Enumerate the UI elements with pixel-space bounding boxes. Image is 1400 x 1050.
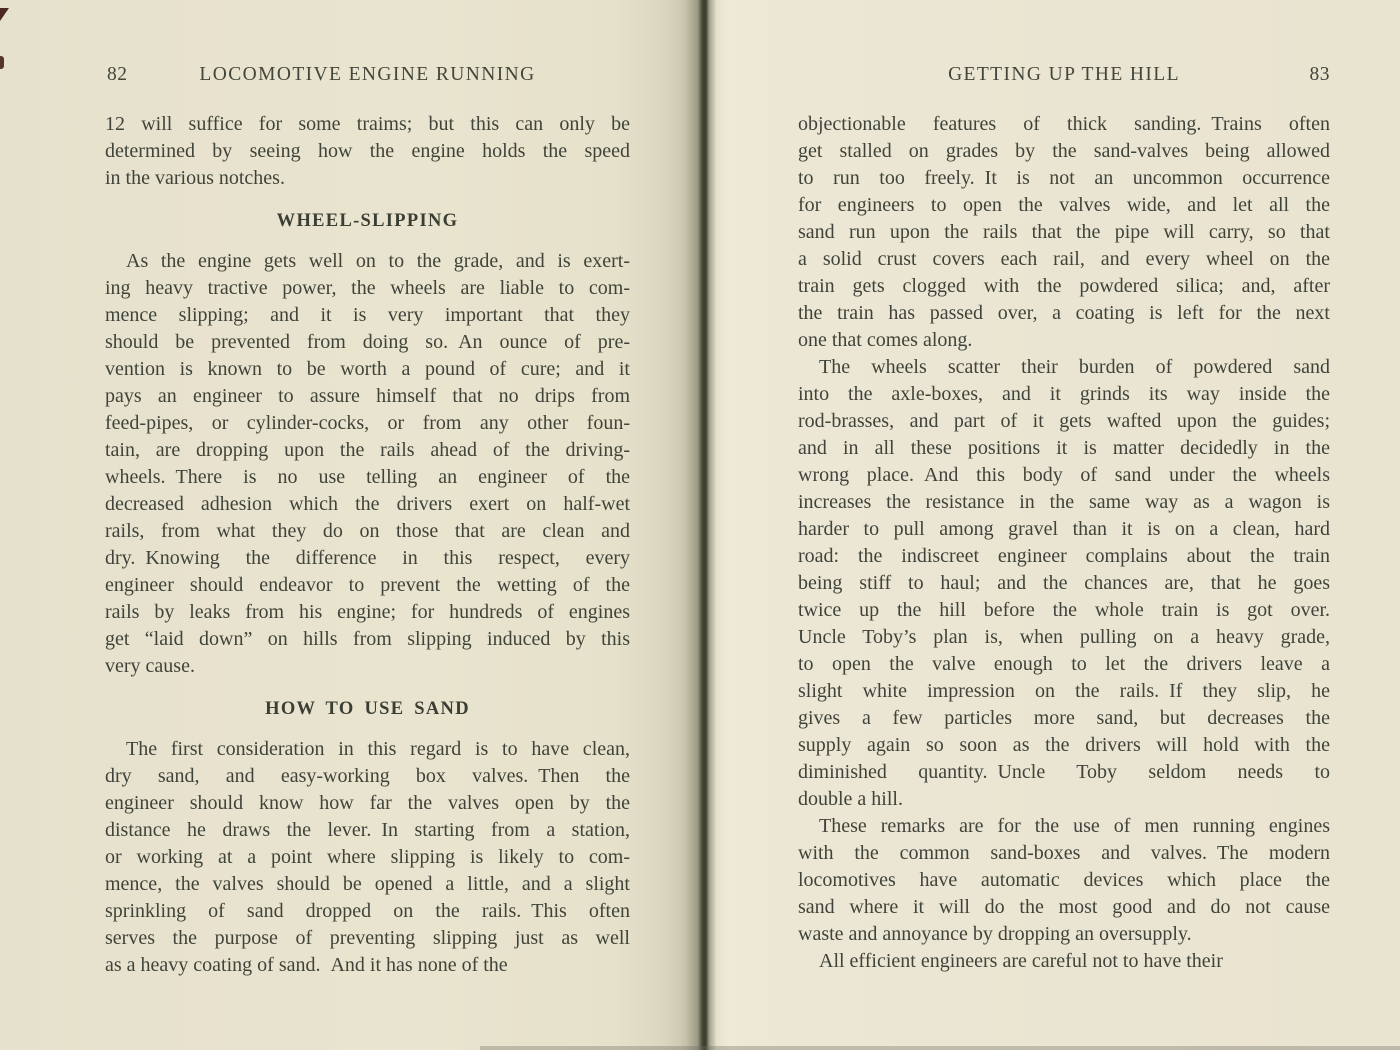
- text-line: to open the valve enough to let the driv…: [798, 651, 1330, 678]
- text-line: train gets clogged with the powdered sil…: [798, 273, 1330, 300]
- text-line: double a hill.: [798, 786, 1330, 813]
- scan-edge-mark: [0, 56, 4, 69]
- text-line: in the various notches.: [105, 165, 630, 192]
- text-line: locomotives have automatic devices which…: [798, 867, 1330, 894]
- page-left-inner: 82 LOCOMOTIVE ENGINE RUNNING 12 will suf…: [105, 64, 630, 979]
- text-line: very cause.: [105, 653, 630, 680]
- section-heading: WHEEL-SLIPPING: [105, 208, 630, 235]
- text-line: diminished quantity. Uncle Toby seldom n…: [798, 759, 1330, 786]
- text-line: wrong place. And this body of sand under…: [798, 462, 1330, 489]
- text-line: rod-brasses, and part of it gets wafted …: [798, 408, 1330, 435]
- text-line: rails, from what they do on those that a…: [105, 518, 630, 545]
- text-line: The first consideration in this regard i…: [105, 736, 630, 763]
- text-line: These remarks are for the use of men run…: [798, 813, 1330, 840]
- text-line: distance he draws the lever. In starting…: [105, 817, 630, 844]
- text-line: The wheels scatter their burden of powde…: [798, 354, 1330, 381]
- text-line: supply again so soon as the drivers will…: [798, 732, 1330, 759]
- text-line: increases the resistance in the same way…: [798, 489, 1330, 516]
- text-line: to run too freely. It is not an uncommon…: [798, 165, 1330, 192]
- page-right-inner: GETTING UP THE HILL 83 objectionable fea…: [798, 64, 1330, 975]
- text-line: sprinkling of sand dropped on the rails.…: [105, 898, 630, 925]
- text-line: into the axle-boxes, and it grinds its w…: [798, 381, 1330, 408]
- text-line: serves the purpose of preventing slippin…: [105, 925, 630, 952]
- text-line: dry. Knowing the difference in this resp…: [105, 545, 630, 572]
- text-line: road: the indiscreet engineer complains …: [798, 543, 1330, 570]
- text-line: the train has passed over, a coating is …: [798, 300, 1330, 327]
- text-line: mence slipping; and it is very important…: [105, 302, 630, 329]
- text-line: as a heavy coating of sand. And it has n…: [105, 952, 630, 979]
- page-right-body: objectionable features of thick sanding.…: [798, 111, 1330, 975]
- text-line: being stiff to haul; and the chances are…: [798, 570, 1330, 597]
- page-right-header: GETTING UP THE HILL 83: [798, 64, 1330, 91]
- text-line: waste and annoyance by dropping an overs…: [798, 921, 1330, 948]
- text-line: tain, are dropping upon the rails ahead …: [105, 437, 630, 464]
- text-line: All efficient engineers are careful not …: [798, 948, 1330, 975]
- text-line: vention is known to be worth a pound of …: [105, 356, 630, 383]
- text-line: rails by leaks from his engine; for hund…: [105, 599, 630, 626]
- text-line: slight white impression on the rails. If…: [798, 678, 1330, 705]
- text-line: for engineers to open the valves wide, a…: [798, 192, 1330, 219]
- text-line: decreased adhesion which the drivers exe…: [105, 491, 630, 518]
- page-left-header: 82 LOCOMOTIVE ENGINE RUNNING: [105, 64, 630, 91]
- book-spine-shadow: [664, 0, 744, 1050]
- text-line: ing heavy tractive power, the wheels are…: [105, 275, 630, 302]
- text-line: get stalled on grades by the sand-valves…: [798, 138, 1330, 165]
- text-line: sand run upon the rails that the pipe wi…: [798, 219, 1330, 246]
- text-line: pays an engineer to assure himself that …: [105, 383, 630, 410]
- text-line: Uncle Toby’s plan is, when pulling on a …: [798, 624, 1330, 651]
- page-number-left: 82: [107, 64, 128, 86]
- text-line: mence, the valves should be opened a lit…: [105, 871, 630, 898]
- running-title-right: GETTING UP THE HILL: [798, 64, 1330, 86]
- text-line: should be prevented from doing so. An ou…: [105, 329, 630, 356]
- section-heading: HOW TO USE SAND: [105, 696, 630, 723]
- text-line: feed-pipes, or cylinder-cocks, or from a…: [105, 410, 630, 437]
- text-line: sand where it will do the most good and …: [798, 894, 1330, 921]
- text-line: dry sand, and easy-working box valves. T…: [105, 763, 630, 790]
- text-line: and in all these positions it is matter …: [798, 435, 1330, 462]
- text-line: a solid crust covers each rail, and ever…: [798, 246, 1330, 273]
- text-line: wheels. There is no use telling an engin…: [105, 464, 630, 491]
- text-line: 12 will suffice for some traims; but thi…: [105, 111, 630, 138]
- page-right: GETTING UP THE HILL 83 objectionable fea…: [700, 0, 1400, 1050]
- page-left-body: 12 will suffice for some traims; but thi…: [105, 111, 630, 979]
- text-line: harder to pull among gravel than it is o…: [798, 516, 1330, 543]
- running-title-left: LOCOMOTIVE ENGINE RUNNING: [105, 64, 630, 86]
- scan-bottom-edge: [480, 1046, 1400, 1050]
- text-line: or working at a point where slipping is …: [105, 844, 630, 871]
- text-line: get “laid down” on hills from slipping i…: [105, 626, 630, 653]
- text-line: determined by seeing how the engine hold…: [105, 138, 630, 165]
- text-line: gives a few particles more sand, but dec…: [798, 705, 1330, 732]
- page-left: 82 LOCOMOTIVE ENGINE RUNNING 12 will suf…: [0, 0, 700, 1050]
- text-line: with the common sand-boxes and valves. T…: [798, 840, 1330, 867]
- text-line: objectionable features of thick sanding.…: [798, 111, 1330, 138]
- book-spread-photo: 82 LOCOMOTIVE ENGINE RUNNING 12 will suf…: [0, 0, 1400, 1050]
- text-line: engineer should know how far the valves …: [105, 790, 630, 817]
- text-line: twice up the hill before the whole train…: [798, 597, 1330, 624]
- text-line: one that comes along.: [798, 327, 1330, 354]
- page-number-right: 83: [1310, 64, 1331, 86]
- text-line: engineer should endeavor to prevent the …: [105, 572, 630, 599]
- text-line: As the engine gets well on to the grade,…: [105, 248, 630, 275]
